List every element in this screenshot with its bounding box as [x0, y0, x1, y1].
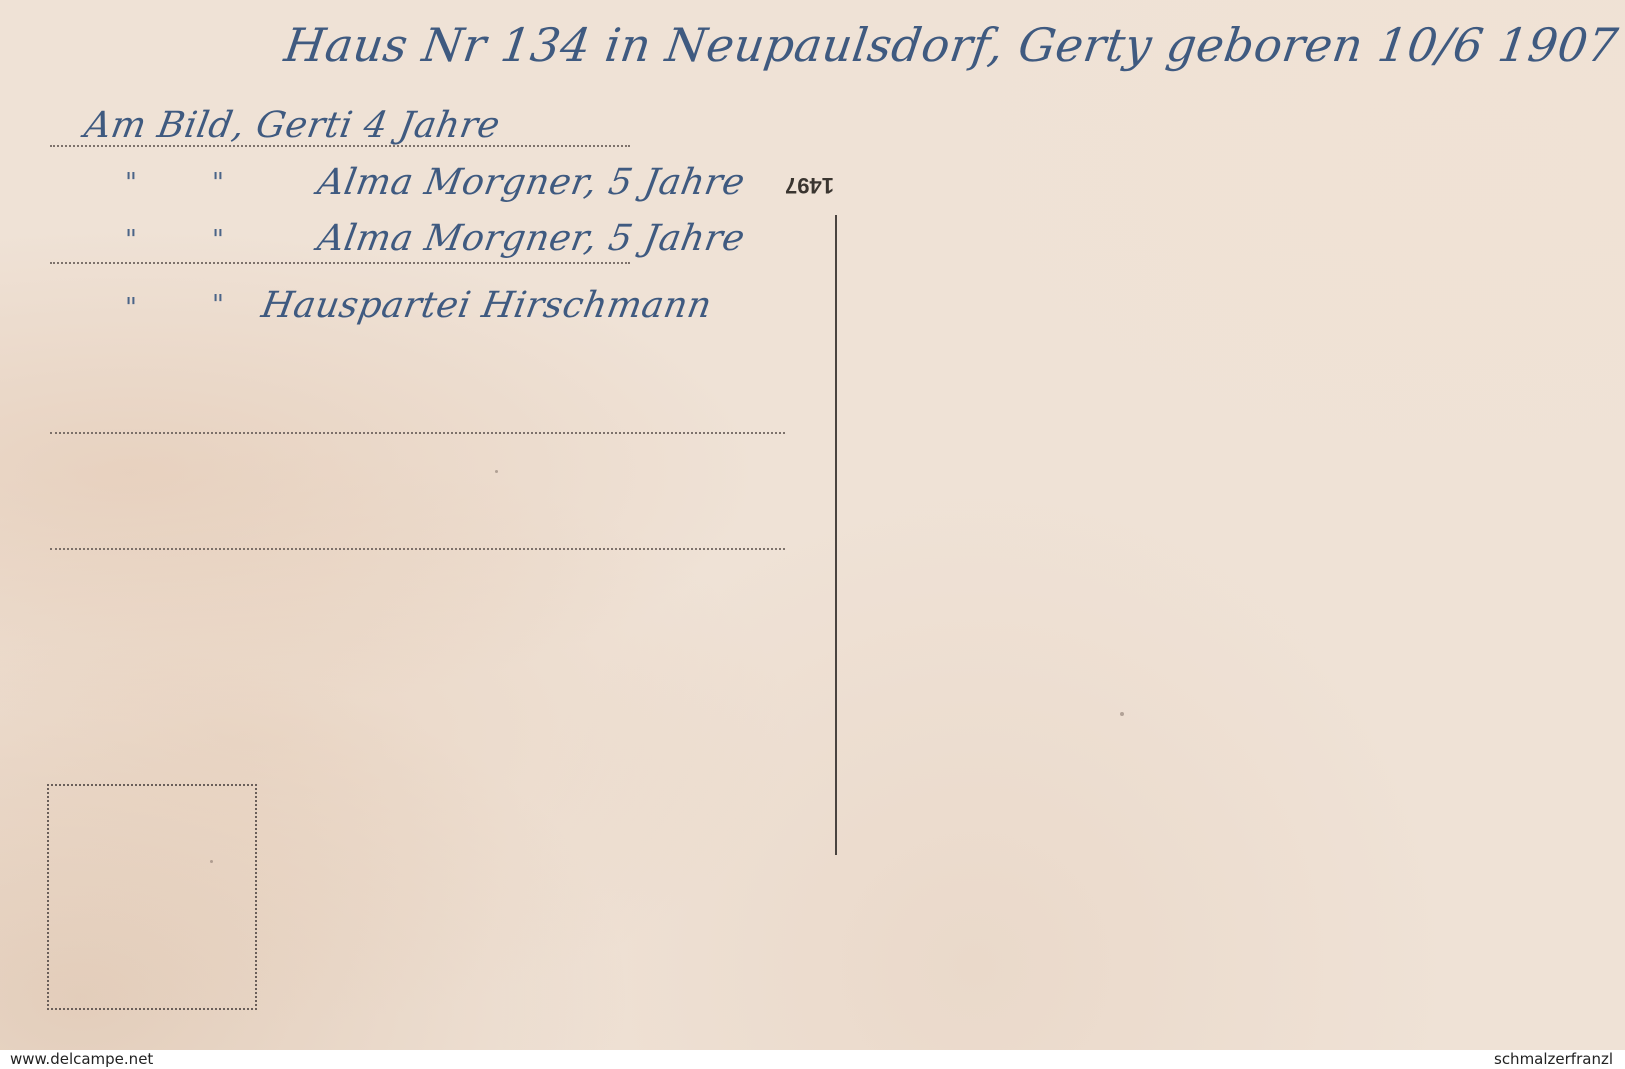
paper-speck [1120, 712, 1124, 716]
paper-speck [210, 860, 213, 863]
paper-speck [495, 470, 498, 473]
handwritten-line-4: Hauspartei Hirschmann [258, 285, 715, 326]
postcard-back: Haus Nr 134 in Neupaulsdorf, Gerty gebor… [0, 0, 1625, 1050]
dotted-line [50, 548, 785, 550]
ditto-mark: " [125, 293, 137, 323]
scan-frame: Haus Nr 134 in Neupaulsdorf, Gerty gebor… [0, 0, 1625, 1069]
watermark-right: schmalzerfranzl [1494, 1050, 1613, 1069]
ditto-mark: " [125, 225, 137, 255]
dotted-line [50, 145, 630, 147]
handwritten-line-2: Alma Morgner, 5 Jahre [314, 162, 748, 203]
dotted-line [50, 432, 785, 434]
ditto-mark: " [125, 168, 137, 198]
watermark-left: www.delcampe.net [10, 1050, 153, 1069]
handwritten-line-3: Alma Morgner, 5 Jahre [314, 218, 748, 259]
ditto-mark: " [212, 168, 224, 198]
stamp-box [47, 784, 257, 1010]
serial-number: 1497 [785, 172, 834, 198]
ditto-mark: " [212, 225, 224, 255]
dotted-line [50, 262, 630, 264]
ditto-mark: " [212, 290, 224, 320]
center-divider [835, 215, 837, 855]
handwritten-line-1: Am Bild, Gerti 4 Jahre [81, 105, 503, 146]
handwritten-title: Haus Nr 134 in Neupaulsdorf, Gerty gebor… [281, 18, 1621, 72]
